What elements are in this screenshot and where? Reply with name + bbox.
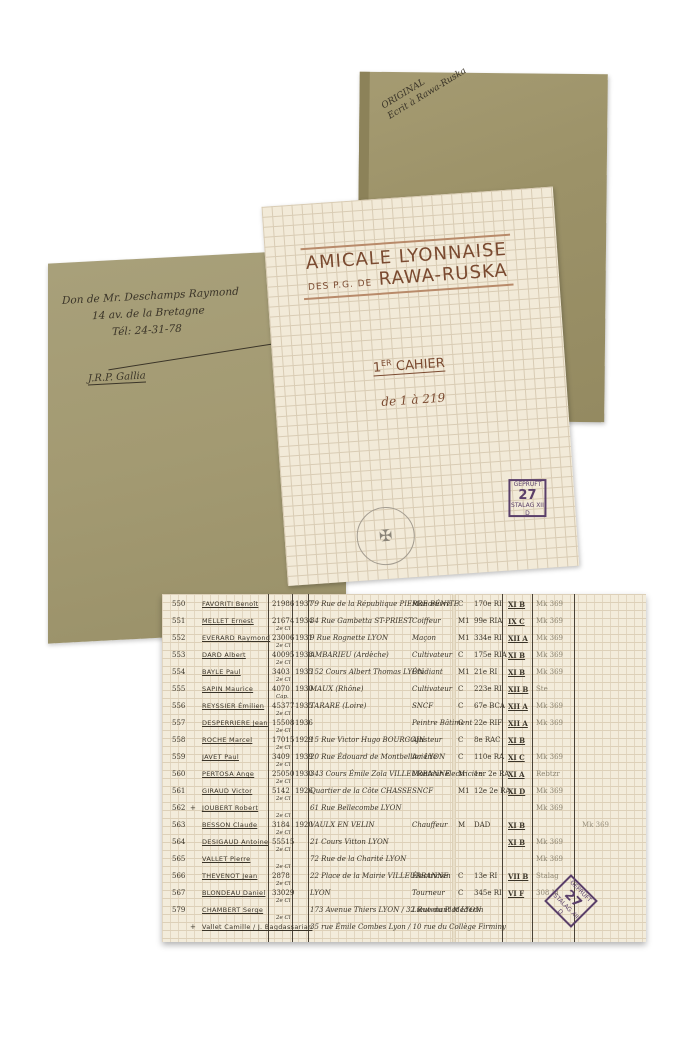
ledger-cell-occ: Étudiant — [412, 668, 443, 676]
title-prefix: DES P.G. DE — [308, 278, 373, 292]
ledger-cell-reg: 110e RA — [474, 753, 504, 761]
stamp-bottom: STALAG XII D — [511, 502, 544, 517]
ledger-cell-camp: Stalag — [536, 872, 559, 880]
ledger-cell-rank: 2e Cl — [276, 898, 290, 904]
ledger-cell-mat: 17015 — [272, 736, 294, 744]
ledger-cell-cat: M — [458, 770, 465, 778]
ledger-cell-reg: 1er 2e RA — [474, 770, 509, 778]
ledger-cell-camp: Mk 369 — [536, 651, 563, 659]
ledger-cell-camp: Mk 369 — [536, 719, 563, 727]
ledger-cell-mat: 5142 — [272, 787, 290, 795]
ledger-cell-name: DESIGAUD Antoine — [202, 838, 268, 846]
ledger-cell-reg: 223e RI — [474, 685, 502, 693]
ledger-cell-reg: 99e RIA — [474, 617, 502, 625]
ledger-cell-occ: Lieutenant Médecin — [412, 906, 483, 914]
cahier-word: CAHIER — [395, 356, 445, 374]
ledger-cell-addr: LYON — [310, 889, 331, 897]
ledger-cell-num: 579 — [172, 906, 185, 914]
ledger-cell-addr: Quartier de la Côte CHASSE — [310, 787, 412, 795]
ledger-cell-reg: 12e 2e RA — [474, 787, 510, 795]
ledger-cell-stalag: XII A — [508, 634, 528, 643]
ledger-cell-occ: Cultivateur — [412, 685, 452, 693]
ledger-cell-stalag: XII A — [508, 702, 528, 711]
ledger-cell-addr: 34 Rue Gambetta ST-PRIEST — [310, 617, 413, 625]
ledger-cell-num: 560 — [172, 770, 185, 778]
ledger-cell-cat: M — [458, 821, 465, 829]
ledger-cell-reg: 21e RI — [474, 668, 497, 676]
ledger-cell-reg: 8e RAC — [474, 736, 501, 744]
ledger-cell-num: 562 — [172, 804, 185, 812]
ledger-cell-mat: 21986 — [272, 600, 294, 608]
ledger-cell-cat: M1 — [458, 787, 470, 795]
ledger-cell-stalag: XI A — [508, 770, 525, 779]
ledger-cell-cat: C — [458, 889, 463, 897]
ledger-cell-name: BLONDEAU Daniel — [202, 889, 265, 897]
ledger-cell-occ: Aciérie — [412, 753, 437, 761]
ledger-cell-addr: 15 Rue Victor Hugo BOURGOIN — [310, 736, 425, 744]
ledger-cell-camp: Mk 369 — [536, 634, 563, 642]
ledger-cell-name: CHAMBERT Serge — [202, 906, 263, 914]
ledger-cell-camp: Mk 369 — [536, 600, 563, 608]
ledger-cell-cat: C — [458, 702, 463, 710]
ledger-cell-rank: 2e Cl — [276, 626, 290, 632]
ledger-cell-rank: 2e Cl — [276, 881, 290, 887]
ledger-cell-name: DESPERRIERE Jean — [202, 719, 268, 727]
ledger-cell-addr: 61 Rue Bellecombe LYON — [310, 804, 402, 812]
ledger-cell-num: 565 — [172, 855, 185, 863]
ledger-cell-num: 557 — [172, 719, 185, 727]
ledger-cell-addr: 21 Cours Vitton LYON — [310, 838, 389, 846]
ledger-cell-name: DARD Albert — [202, 651, 246, 659]
ledger-cell-rank: 2e Cl — [276, 813, 290, 819]
ledger-cell-name: REYSSIER Émilien — [202, 702, 264, 710]
cahier-label: 1ER CAHIER — [372, 355, 445, 377]
ledger-cell-camp: Mk 369 — [536, 668, 563, 676]
ledger-cell-mat: 55515 — [272, 838, 294, 846]
ledger-cell-camp: Rebtzr — [536, 770, 560, 778]
ledger-cell-occ: Monteur électricien — [412, 770, 483, 778]
ledger-cell-cat: M1 — [458, 668, 470, 676]
ledger-cell-mat: 4070 — [272, 685, 290, 693]
ledger-cell-cat: C — [458, 685, 463, 693]
ledger-cell-mat: 3184 — [272, 821, 290, 829]
ledger-cell-num: 563 — [172, 821, 185, 829]
ledger-cell-cross: + — [190, 804, 196, 812]
ledger-cell-name: ROCHE Marcel — [202, 736, 252, 744]
ledger-cell-stalag: XI B — [508, 838, 525, 847]
ledger-cell-occ: Cultivateur — [412, 651, 452, 659]
ledger-cell-reg: DAD — [474, 821, 490, 829]
ledger-cell-occ: Coiffeur — [412, 617, 441, 625]
ledger-cell-stalag: XI B — [508, 668, 525, 677]
ledger-cell-rank: 2e Cl — [276, 711, 290, 717]
ledger-cell-addr: TARARE (Loire) — [310, 702, 366, 710]
ledger-cell-reg: 175e RIA — [474, 651, 507, 659]
ledger-cell-addr: AMBARIEU (Ardèche) — [310, 651, 389, 659]
donation-inscription: Don de Mr. Deschamps Raymond 14 av. de l… — [62, 281, 292, 344]
ledger-cell-occ: SNCF — [412, 702, 433, 710]
ledger-cell-camp: Mk 369 — [536, 702, 563, 710]
ledger-cell-num: 555 — [172, 685, 185, 693]
ledger-cell-cat: C — [458, 719, 463, 727]
ledger-cell-camp: Mk 369 — [536, 753, 563, 761]
ledger-cell-stalag: XI B — [508, 736, 525, 745]
ledger-cell-camp: Mk 369 — [536, 804, 563, 812]
ledger-cell-num: 556 — [172, 702, 185, 710]
ledger-cell-extra: Mk 369 — [582, 821, 609, 829]
ledger-cell-mat: 3409 — [272, 753, 290, 761]
ledger-cell-camp: Mk 369 — [536, 855, 563, 863]
ledger-cell-camp: Ste — [536, 685, 548, 693]
ledger-cell-rank: 2e Cl — [276, 745, 290, 751]
ledger-cell-num: 552 — [172, 634, 185, 642]
ledger-cell-name: JAVET Paul — [202, 753, 239, 761]
ledger-cell-mat: 21674 — [272, 617, 294, 625]
ledger-cell-num: 554 — [172, 668, 185, 676]
ledger-notebook: 550FAVORITI Benoît21986193779 Rue de la … — [162, 594, 646, 942]
ledger-cell-name: GIRAUD Victor — [202, 787, 252, 795]
ledger-cell-num: 551 — [172, 617, 185, 625]
ledger-cell-occ: SNCF — [412, 787, 433, 795]
ledger-cell-stalag: XI C — [508, 753, 525, 762]
ledger-cell-num: 564 — [172, 838, 185, 846]
stamp-top: GEPRÜFT — [514, 481, 542, 488]
censor-stamp: GEPRÜFT 27 STALAG XII D — [508, 479, 546, 517]
ledger-cell-stalag: VII B — [508, 872, 528, 881]
ledger-cell-num: 561 — [172, 787, 185, 795]
ledger-cell-num: 558 — [172, 736, 185, 744]
ledger-cell-reg: 345e RI — [474, 889, 502, 897]
ledger-cell-name: BESSON Claude — [202, 821, 257, 829]
ledger-cell-occ: Chauffeur — [412, 821, 448, 829]
ledger-cell-cat: C — [458, 872, 463, 880]
ledger-cell-mat: 45377 — [272, 702, 294, 710]
ledger-cell-stalag: XI B — [508, 651, 525, 660]
ledger-cell-camp: Mk 369 — [536, 787, 563, 795]
ledger-cell-name: Vallet Camille / J. Bagdassarian — [202, 923, 312, 931]
ledger-cell-stalag: IX C — [508, 617, 525, 626]
ledger-cell-stalag: XII B — [508, 685, 528, 694]
ledger-cell-num: 553 — [172, 651, 185, 659]
eagle-stamp-icon: ✠ — [355, 505, 417, 567]
ledger-cell-camp: Mk 369 — [536, 617, 563, 625]
ledger-cell-rank: 2e Cl — [276, 864, 290, 870]
ledger-cell-stalag: VI F — [508, 889, 524, 898]
title-block: AMICALE LYONNAISE DES P.G. DE RAWA-RUSKA — [300, 234, 513, 301]
ledger-cell-mat: 23006 — [272, 634, 294, 642]
ledger-cell-rank: 2e Cl — [276, 660, 290, 666]
ledger-cell-addr: 9 Rue Rognette LYON — [310, 634, 388, 642]
ledger-cell-name: VALLET Pierre — [202, 855, 250, 863]
ledger-cell-name: THEVENOT Jean — [202, 872, 257, 880]
ledger-cell-rank: 2e Cl — [276, 728, 290, 734]
ledger-cell-mat: 33029 — [272, 889, 294, 897]
ledger-cell-stalag: XI B — [508, 600, 525, 609]
entry-range: de 1 à 219 — [381, 391, 446, 409]
ledger-cell-reg: 67e BCA — [474, 702, 505, 710]
ledger-cell-rank: Cap. — [276, 694, 289, 700]
ledger-cell-rank: 2e Cl — [276, 677, 290, 683]
ledger-cell-occ: Ajusteur — [412, 736, 442, 744]
stamp-number: 27 — [510, 489, 544, 502]
ledger-cell-reg: 22e RIF — [474, 719, 502, 727]
ledger-row: +Vallet Camille / J. Bagdassarian35 rue … — [162, 923, 646, 945]
ledger-cell-name: JOUBERT Robert — [202, 804, 258, 812]
ledger-cell-name: BAYLE Paul — [202, 668, 241, 676]
ledger-cell-num: 559 — [172, 753, 185, 761]
ledger-cell-num: 550 — [172, 600, 185, 608]
ledger-cell-mat: 25050 — [272, 770, 294, 778]
ledger-cell-num: 566 — [172, 872, 185, 880]
ledger-cell-addr: 152 Cours Albert Thomas LYON — [310, 668, 424, 676]
ledger-cell-name: FAVORITI Benoît — [202, 600, 258, 608]
ledger-cell-mat: 3403 — [272, 668, 290, 676]
ledger-cell-year: 1936 — [295, 719, 313, 727]
ledger-cell-cat: M1 — [458, 617, 470, 625]
ledger-cell-occ: Électricien — [412, 872, 451, 880]
ledger-cell-rank: 2e Cl — [276, 915, 290, 921]
ledger-cell-cat: M1 — [458, 634, 470, 642]
ledger-cell-cat: C — [458, 600, 463, 608]
ledger-cell-addr: 35 rue Émile Combes Lyon / 10 rue du Col… — [310, 923, 506, 931]
cahier-sup: ER — [381, 358, 392, 368]
ledger-cell-rank: 2e Cl — [276, 779, 290, 785]
ledger-cell-rank: 2e Cl — [276, 847, 290, 853]
ledger-cell-rank: 2e Cl — [276, 830, 290, 836]
ledger-cell-occ: Manœuvre — [412, 600, 451, 608]
ledger-cell-cat: C — [458, 736, 463, 744]
ledger-cell-camp: Mk 369 — [536, 838, 563, 846]
ledger-cell-reg: 13e RI — [474, 872, 497, 880]
ledger-cell-addr: VAULX EN VELIN — [310, 821, 375, 829]
signature: J.R.P. Gallia — [88, 370, 146, 385]
ledger-cell-occ: Maçon — [412, 634, 436, 642]
ledger-cell-stalag: XI D — [508, 787, 525, 796]
ledger-cell-cross: + — [190, 923, 196, 931]
ledger-cell-mat: 15508 — [272, 719, 294, 727]
ledger-cell-name: PERTOSA Ange — [202, 770, 254, 778]
ledger-cell-rank: 2e Cl — [276, 643, 290, 649]
ledger-cell-stalag: XI B — [508, 821, 525, 830]
ledger-cell-rank: 2e Cl — [276, 762, 290, 768]
inscription-rule — [108, 343, 277, 371]
ledger-cell-name: SAPIN Maurice — [202, 685, 253, 693]
ledger-cell-mat: 2878 — [272, 872, 290, 880]
ledger-cell-rank: 2e Cl — [276, 796, 290, 802]
ledger-cell-reg: 334e RI — [474, 634, 502, 642]
ledger-cell-cat: C — [458, 651, 463, 659]
ledger-cell-mat: 40095 — [272, 651, 294, 659]
ledger-cell-name: EVERARD Raymond — [202, 634, 270, 642]
ledger-cell-stalag: XII A — [508, 719, 528, 728]
ledger-cell-name: MELLET Ernest — [202, 617, 254, 625]
ledger-cell-addr: MAUX (Rhône) — [310, 685, 363, 693]
cover-inscription: ORIGINAL Ecrit à Rawa-Ruska — [380, 55, 469, 122]
ledger-cell-occ: Tourneur — [412, 889, 445, 897]
notebook-title-page: AMICALE LYONNAISE DES P.G. DE RAWA-RUSKA… — [261, 187, 579, 586]
ledger-cell-cat: C — [458, 753, 463, 761]
ledger-cell-reg: 170e RI — [474, 600, 502, 608]
ledger-cell-addr: 72 Rue de la Charité LYON — [310, 855, 406, 863]
ledger-cell-num: 567 — [172, 889, 185, 897]
